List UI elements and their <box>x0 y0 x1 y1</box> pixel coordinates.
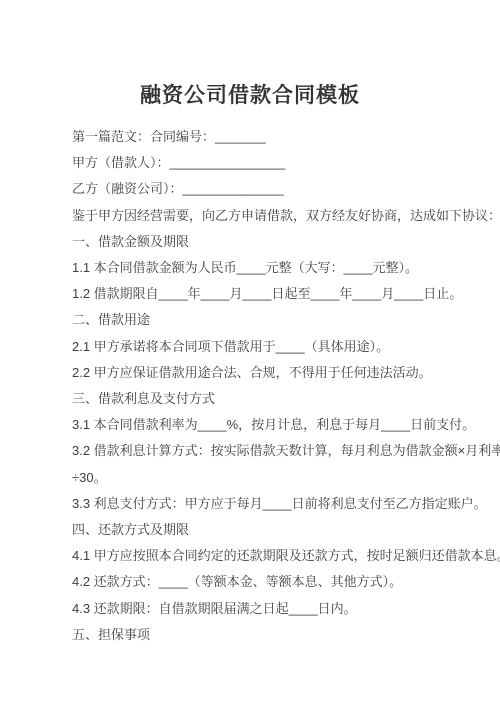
line-contract-number: 第一篇范文：合同编号：_______ <box>72 124 472 150</box>
clause-4-3: 4.3 还款期限：自借款期限届满之日起____日内。 <box>72 596 472 622</box>
clause-2-1: 2.1 甲方承诺将本合同项下借款用于____（具体用途）。 <box>72 334 472 360</box>
clause-3-3: 3.3 利息支付方式：甲方应于每月____日前将利息支付至乙方指定账户。 <box>72 491 472 517</box>
line-party-a: 甲方（借款人）：________________ <box>72 150 472 176</box>
heading-section-2: 二、借款用途 <box>72 307 472 333</box>
heading-section-1: 一、借款金额及期限 <box>72 229 472 255</box>
heading-section-4: 四、还款方式及期限 <box>72 517 472 543</box>
heading-section-3: 三、借款利息及支付方式 <box>72 386 472 412</box>
clause-4-2: 4.2 还款方式：____（等额本金、等额本息、其他方式）。 <box>72 569 472 595</box>
clause-3-2-line-1: 3.2 借款利息计算方式：按实际借款天数计算，每月利息为借款金额×月利率 <box>72 438 472 464</box>
document-body: 第一篇范文：合同编号：_______ 甲方（借款人）：_____________… <box>72 124 472 648</box>
heading-section-5: 五、担保事项 <box>72 622 472 648</box>
clause-3-2-line-2: ÷30。 <box>72 465 472 491</box>
clause-1-1: 1.1 本合同借款金额为人民币____元整（大写：____元整）。 <box>72 255 472 281</box>
clause-4-1: 4.1 甲方应按照本合同约定的还款期限及还款方式，按时足额归还借款本息。 <box>72 543 472 569</box>
clause-2-2: 2.2 甲方应保证借款用途合法、合规，不得用于任何违法活动。 <box>72 360 472 386</box>
line-party-b: 乙方（融资公司）：______________ <box>72 176 472 202</box>
clause-1-2: 1.2 借款期限自____年____月____日起至____年____月____… <box>72 281 472 307</box>
document-page: 融资公司借款合同模板 第一篇范文：合同编号：_______ 甲方（借款人）：__… <box>0 0 500 707</box>
document-title: 融资公司借款合同模板 <box>0 83 500 108</box>
clause-3-1: 3.1 本合同借款利率为____%，按月计息，利息于每月____日前支付。 <box>72 412 472 438</box>
line-preamble: 鉴于甲方因经营需要，向乙方申请借款，双方经友好协商，达成如下协议： <box>72 203 472 229</box>
